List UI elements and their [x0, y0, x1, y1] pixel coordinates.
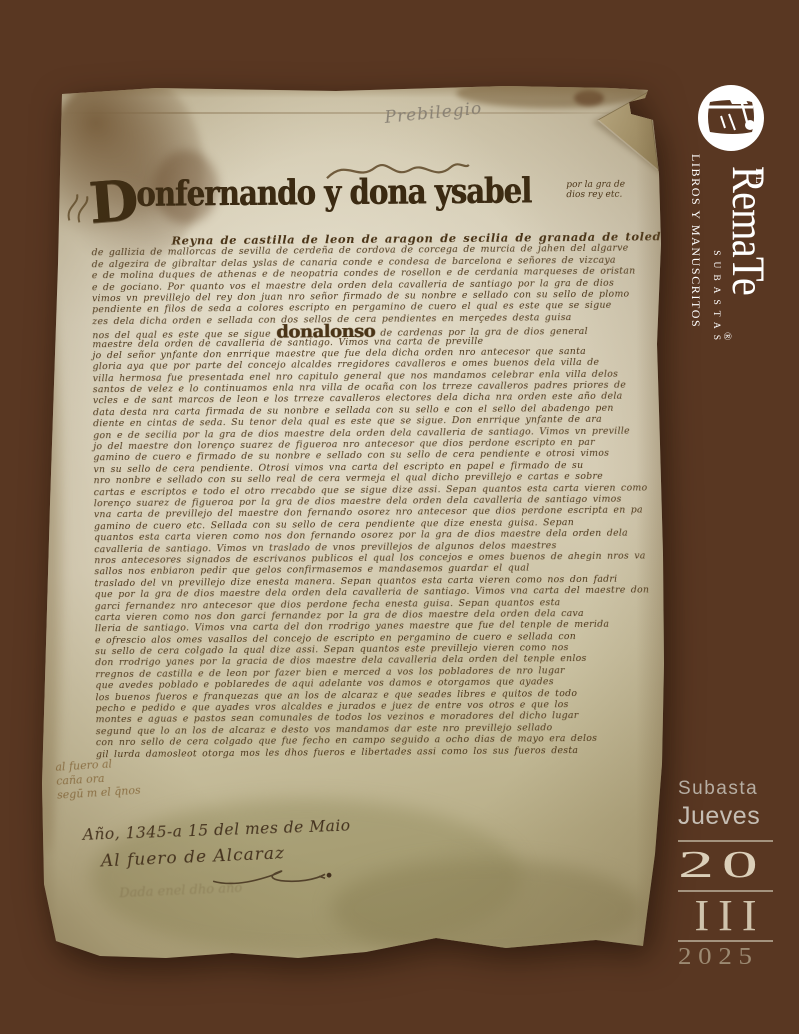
- illuminated-initial: D: [87, 172, 138, 231]
- auction-catalog-cover: { "brand": { "el": "EL", "name": "RemaTe…: [0, 0, 799, 1034]
- margin-annotation: al fuero al caña ora segū m el q̄nos: [55, 756, 141, 803]
- parchment-sheet: Prebilegio Donfernando y dona ysabel por…: [36, 84, 666, 962]
- event-day-number: 20: [678, 846, 799, 884]
- event-day-name: Jueves: [678, 802, 773, 831]
- event-label: Subasta: [678, 778, 773, 800]
- heading-side-note: por la gra de dios rey etc.: [566, 180, 625, 201]
- manuscript-heading: Donfernando y dona ysabel por la gra de …: [89, 170, 626, 231]
- signature-flourish-icon: [207, 862, 337, 893]
- auction-date-block: Subasta Jueves 20 III 2025: [678, 778, 773, 969]
- auctioneer-at-rostrum-icon: [697, 84, 765, 152]
- heading-gothic-text: onfernando y dona ysabel: [136, 171, 531, 215]
- heading-side-line1: por la gra de: [566, 180, 625, 191]
- heading-side-line2: dios rey etc.: [566, 190, 622, 200]
- date-annotation: Año, 1345-a 15 del mes de Maio: [82, 817, 350, 844]
- inline-gothic-heading: donalonso: [276, 321, 375, 343]
- manuscript-content: Prebilegio Donfernando y dona ysabel por…: [32, 81, 670, 964]
- divider-rule: [678, 940, 773, 942]
- logo-subastas-text: SUBASTAS: [711, 212, 721, 346]
- pencil-annotation: Prebilegio: [384, 99, 483, 128]
- divider-rule: [678, 840, 773, 842]
- manuscript-body: Reyna de castilla de leon de aragon de s…: [91, 231, 652, 760]
- registered-mark: ®: [721, 332, 733, 340]
- el-remate-logo: EL RemaTe ® SUBASTAS LIBROS Y MANUSCRITO…: [681, 84, 773, 352]
- logo-wordmark: RemaTe: [724, 166, 771, 295]
- event-month-roman: III: [678, 895, 773, 937]
- manuscript-photo: Prebilegio Donfernando y dona ysabel por…: [36, 84, 666, 962]
- logo-tagline: LIBROS Y MANUSCRITOS: [688, 154, 703, 354]
- event-year: 2025: [678, 945, 784, 969]
